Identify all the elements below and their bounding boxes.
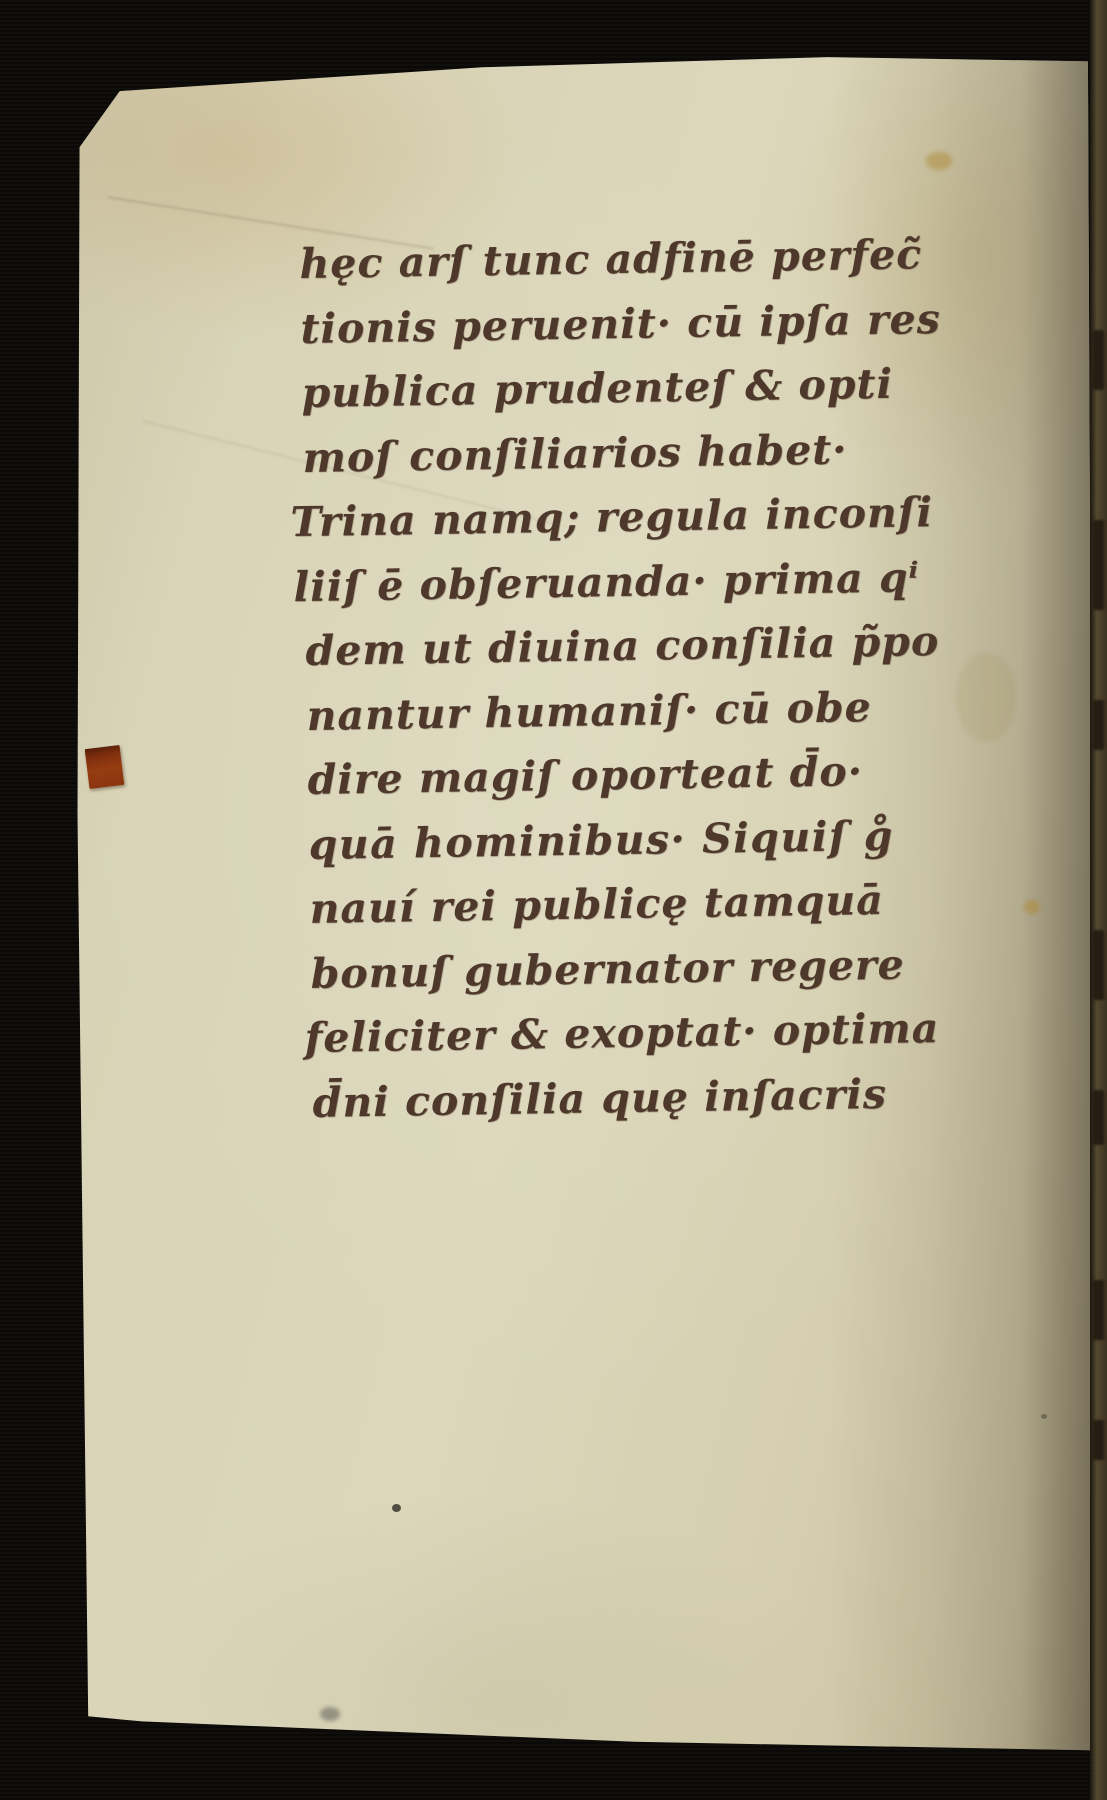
text-line: d̄ni conſilia quę inſacris	[312, 1059, 1033, 1135]
text-line: bonuſ gubernator regere	[310, 930, 1031, 1006]
ink-speck	[392, 1504, 401, 1512]
parchment-stain	[926, 152, 952, 170]
ink-speck	[1041, 1414, 1047, 1419]
text-line: Trina namq; regula inconſi	[290, 479, 1024, 555]
smudge	[320, 1707, 340, 1721]
text-line: feliciter & exoptat· optima	[304, 995, 1032, 1071]
text-line: nauí rei publicę tamquā	[309, 866, 1030, 942]
photo-background: hęc arſ tunc adfinē perfec̃ tionis perue…	[0, 0, 1107, 1800]
text-line: moſ conſiliarios habet·	[302, 414, 1023, 490]
adjacent-page-edge	[1090, 0, 1107, 1800]
text-line: dem ut diuina conſilia p̃po	[305, 608, 1026, 684]
manuscript-text-block: hęc arſ tunc adfinē perfec̃ tionis perue…	[299, 221, 1033, 1135]
text-line: liiſ ē obſeruanda· prima qⁱ	[293, 543, 1025, 619]
text-line: tionis peruenit· cū ipſa res	[300, 285, 1021, 361]
text-line: nantur humaniſ· cū obe	[306, 672, 1027, 748]
text-line: quā hominibus· Siquiſ g̊	[308, 801, 1029, 877]
text-line: hęc arſ tunc adfinē perfec̃	[299, 221, 1020, 297]
text-line: dire magiſ oporteat d̄o·	[307, 737, 1028, 813]
fore-edge-tab	[85, 745, 125, 789]
text-line: publica prudenteſ & opti	[301, 350, 1022, 426]
